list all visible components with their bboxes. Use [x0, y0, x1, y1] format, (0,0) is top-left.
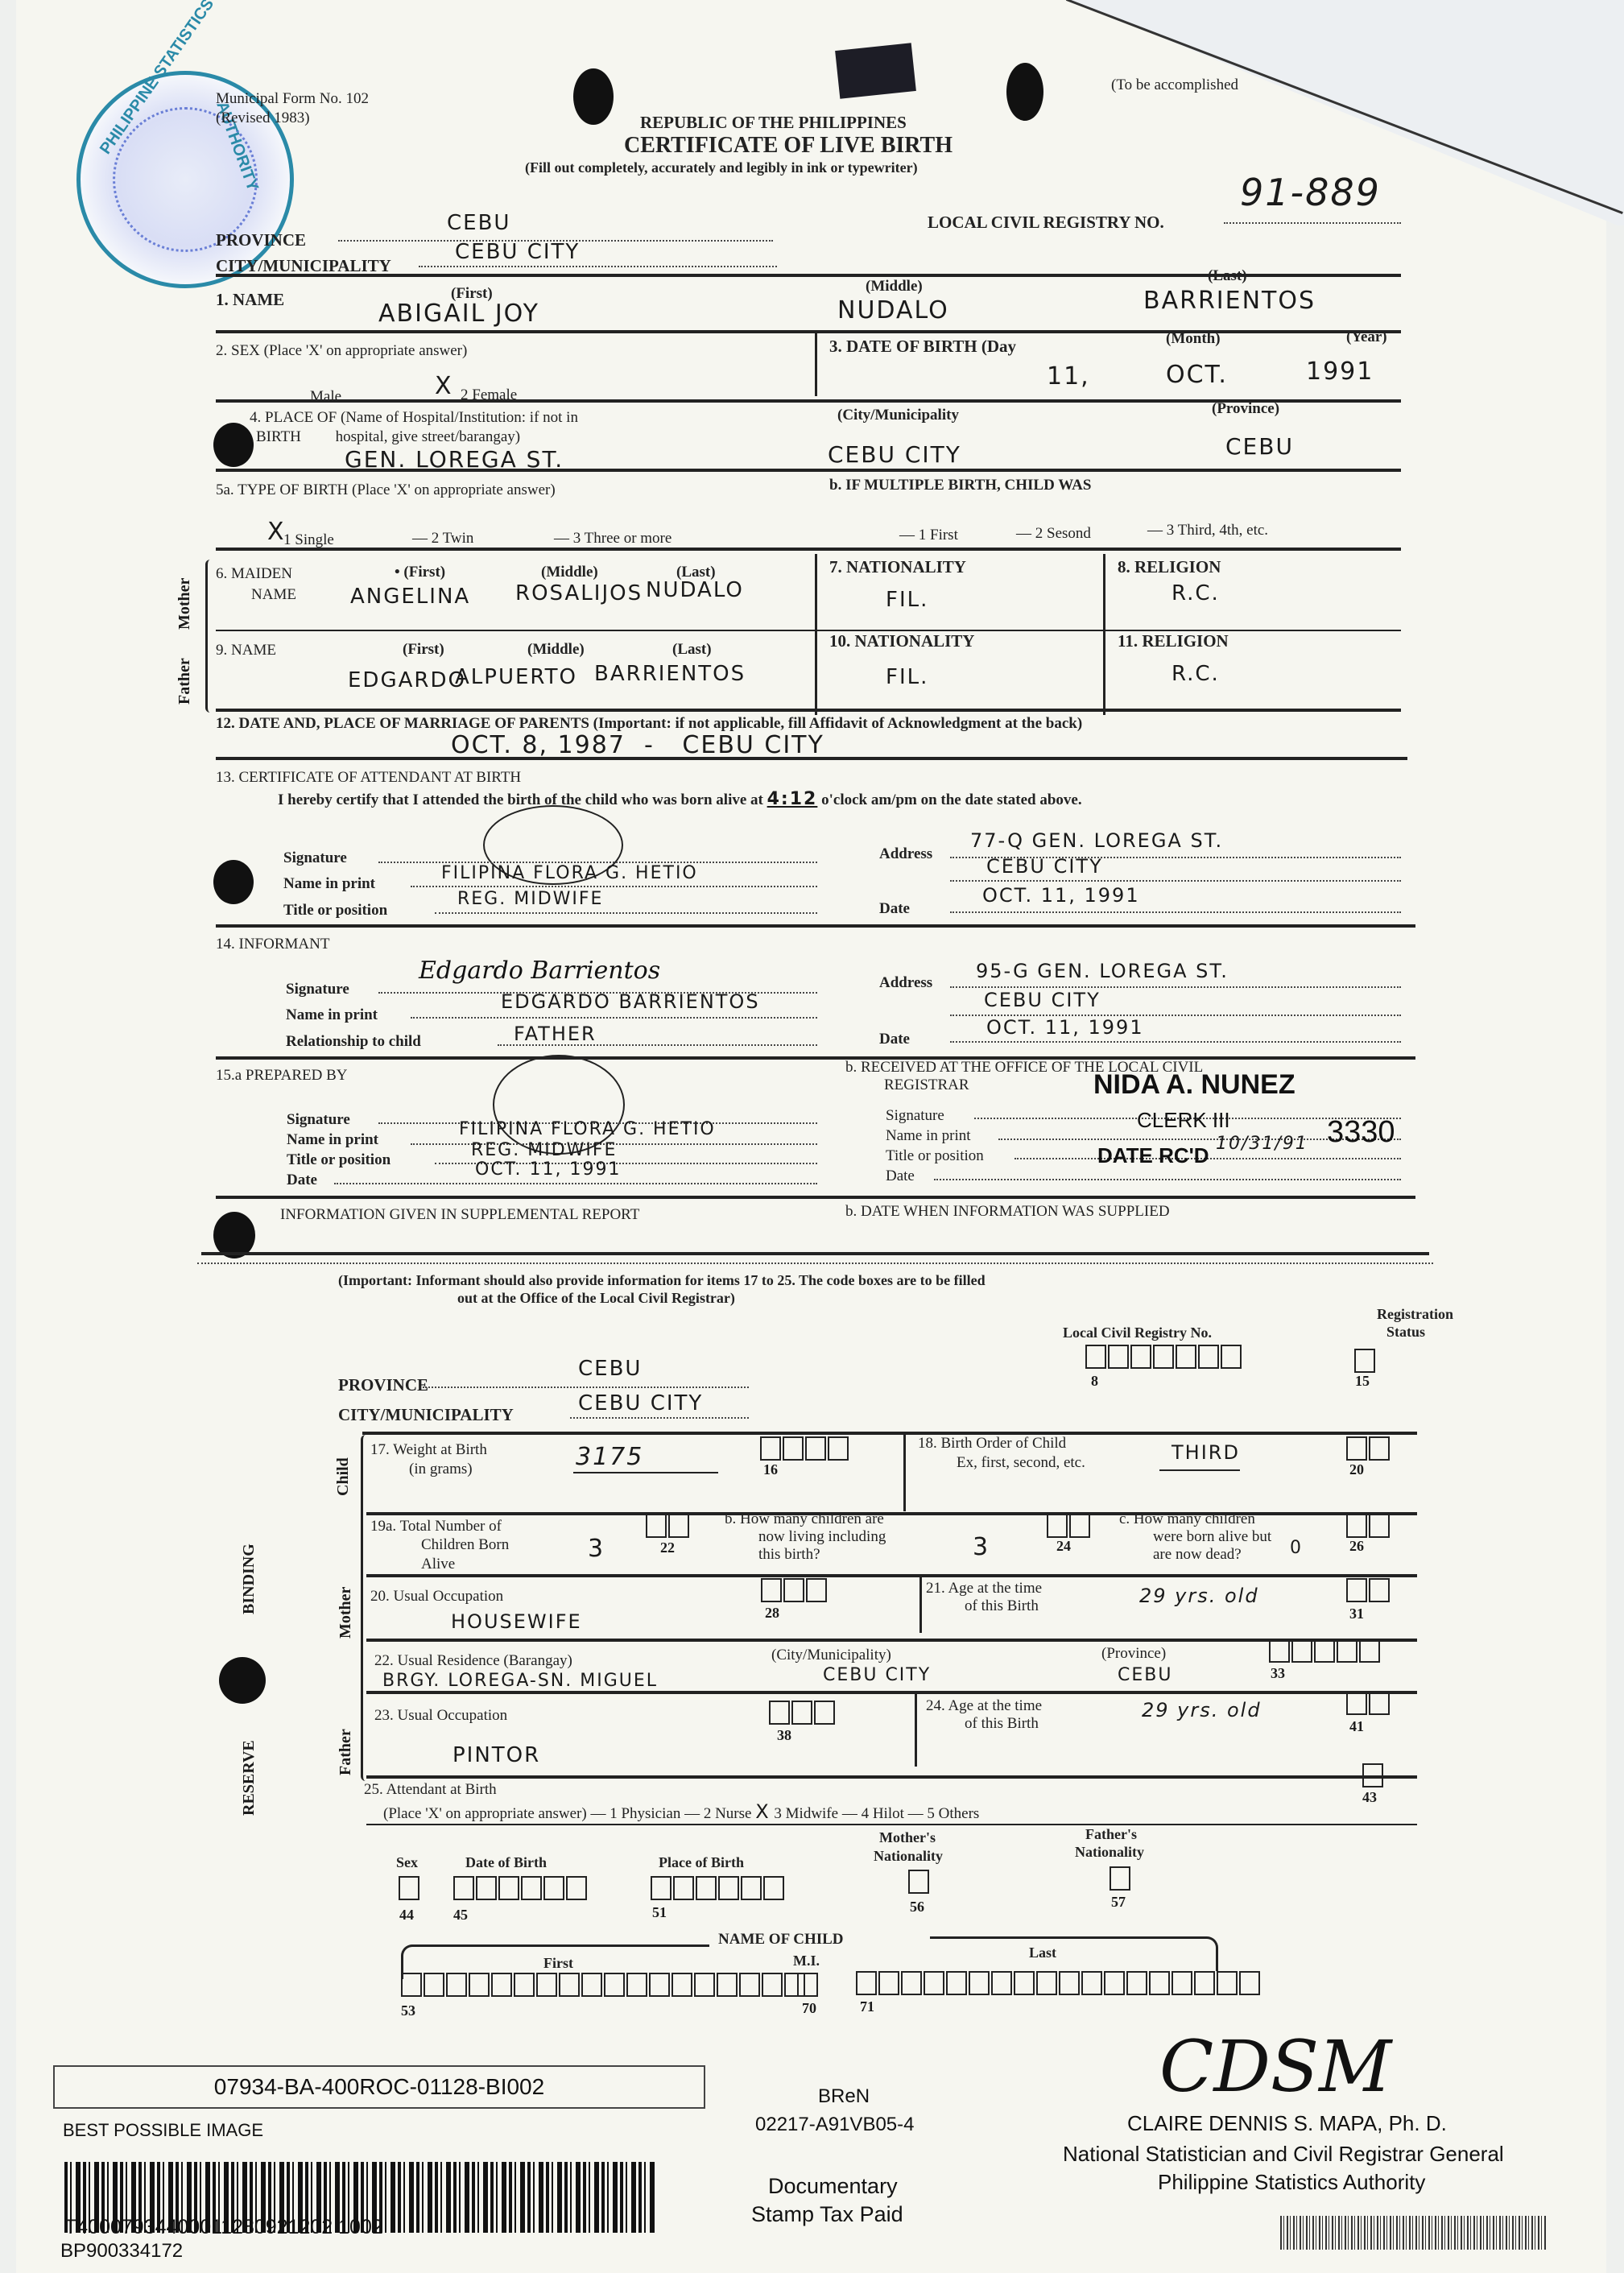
divider — [366, 1775, 1417, 1779]
birth-time[interactable]: 4:12 — [767, 789, 818, 809]
mother-side-label: Mother — [176, 578, 194, 630]
divider — [903, 1435, 906, 1511]
father-last-name[interactable]: BARRIENTOS — [594, 662, 746, 686]
code-fnat-label: Father's — [1085, 1826, 1137, 1843]
father-occupation-code-boxes[interactable] — [769, 1701, 837, 1725]
mother-religion-label: 8. RELIGION — [1118, 557, 1221, 577]
informant-label: 14. INFORMANT — [216, 936, 329, 953]
pob-city-label: (City/Municipality — [837, 407, 959, 424]
mother-age[interactable]: 29 yrs. old — [1139, 1585, 1259, 1607]
type-twin-option[interactable]: — 2 Twin — [412, 530, 473, 548]
stamp-tax-2: Stamp Tax Paid — [751, 2202, 903, 2227]
attendant-place-x: (Place 'X' on appropriate answer) — [383, 1805, 587, 1822]
mi-code-box[interactable] — [797, 1973, 820, 1997]
prepared-signature-label: Signature — [287, 1111, 350, 1129]
attendant-name-label: Name in print — [283, 875, 375, 893]
child-first-name[interactable]: ABIGAIL JOY — [378, 300, 539, 328]
informant-date-label: Date — [879, 1031, 910, 1048]
birth-order-label: 18. Birth Order of Child — [918, 1435, 1066, 1453]
name-mi-label: M.I. — [793, 1953, 820, 1969]
dead-code-boxes[interactable] — [1346, 1514, 1391, 1538]
pob-code-boxes[interactable] — [651, 1876, 786, 1900]
child-middle-name[interactable]: NUDALO — [837, 296, 949, 324]
residence-province[interactable]: CEBU — [1118, 1665, 1172, 1685]
prepared-title[interactable]: REG. MIDWIFE — [471, 1140, 617, 1160]
father-age-label-2: of this Birth — [965, 1715, 1039, 1733]
punch-hole — [213, 860, 254, 904]
prepared-date-label: Date — [287, 1172, 317, 1189]
pob-province-label: (Province) — [1212, 400, 1279, 418]
code-31: 31 — [1349, 1606, 1364, 1622]
mother-age-label: 21. Age at the time — [926, 1580, 1042, 1597]
child-name-label: 1. NAME — [216, 290, 284, 310]
birth-order-label-2: Ex, first, second, etc. — [957, 1454, 1085, 1472]
prepared-date-line — [334, 1183, 817, 1184]
mother-religion[interactable]: R.C. — [1172, 581, 1220, 605]
important-note-2: out at the Office of the Local Civil Reg… — [457, 1290, 735, 1307]
barcode-text: T40007934400011280921202 1002 — [64, 2216, 383, 2239]
stat-city-value[interactable]: CEBU CITY — [578, 1391, 703, 1415]
city-line — [419, 266, 777, 267]
parents-brace — [205, 560, 216, 713]
divider — [201, 1252, 1429, 1255]
total-born-label-2: Children Born — [421, 1536, 509, 1554]
divider — [815, 554, 817, 715]
informant-name-line — [411, 1017, 817, 1019]
total-born-value[interactable]: 3 — [588, 1535, 605, 1563]
stat-city-label: CITY/MUNICIPALITY — [338, 1405, 514, 1425]
prepared-title-label: Title or position — [287, 1151, 391, 1169]
pob-label-2: BIRTH hospital, give street/barangay) — [256, 428, 520, 446]
dead-label-2: were born alive but — [1153, 1528, 1271, 1546]
divider — [216, 709, 1401, 712]
mother-middle-label: (Middle) — [541, 564, 598, 581]
weight-label-2: (in grams) — [409, 1461, 473, 1478]
code-71: 71 — [860, 1998, 874, 2015]
stat-province-value[interactable]: CEBU — [578, 1357, 642, 1381]
code-38: 38 — [777, 1727, 791, 1744]
mother-middle-name[interactable]: ROSALIJOS — [515, 581, 643, 605]
province-value[interactable]: CEBU — [447, 211, 510, 235]
code-15: 15 — [1355, 1373, 1370, 1390]
code-53: 53 — [401, 2002, 415, 2019]
pob-city[interactable]: CEBU CITY — [828, 441, 961, 468]
lcr-no-label: Local Civil Registry No. — [1063, 1325, 1212, 1341]
security-barcode — [1280, 2216, 1546, 2250]
punch-hole — [573, 68, 614, 125]
code-44: 44 — [399, 1907, 414, 1924]
attendant-statement: I hereby certify that I attended the bir… — [278, 789, 1082, 809]
mother-nationality[interactable]: FIL. — [886, 588, 928, 612]
divider — [216, 1196, 1415, 1199]
mother-occupation[interactable]: HOUSEWIFE — [451, 1610, 582, 1633]
attendant-label: 13. CERTIFICATE OF ATTENDANT AT BIRTH — [216, 769, 521, 787]
mother-age-code-boxes[interactable] — [1346, 1578, 1391, 1602]
code-dob-label: Date of Birth — [465, 1854, 547, 1871]
divider — [216, 548, 1401, 551]
signatory-org: Philippine Statistics Authority — [1158, 2170, 1425, 2195]
informant-date-line — [950, 1041, 1401, 1043]
reference-box: 07934-BA-400ROC-01128-BI002 — [53, 2065, 705, 2109]
prepared-name[interactable]: FILIPINA FLORA G. HETIO — [459, 1119, 716, 1139]
divider — [919, 1577, 922, 1633]
dob-label: 3. DATE OF BIRTH (Day — [829, 337, 1016, 357]
received-title-label: Title or position — [886, 1147, 984, 1165]
position-stamp: CLERK III — [1137, 1108, 1230, 1133]
sex-label: 2. SEX (Place 'X' on appropriate answer) — [216, 342, 467, 360]
code-33: 33 — [1271, 1665, 1285, 1682]
marriage-value[interactable]: OCT. 8, 1987 - CEBU CITY — [451, 731, 824, 759]
father-occupation-label: 23. Usual Occupation — [374, 1707, 507, 1725]
father-middle-name[interactable]: ALPUERTO — [455, 665, 577, 689]
divider — [216, 757, 1407, 760]
divider — [366, 1824, 1417, 1825]
city-value[interactable]: CEBU CITY — [455, 240, 580, 264]
name-last-label: Last — [1029, 1944, 1056, 1961]
received-label-2: REGISTRAR — [884, 1077, 969, 1094]
fill-instruction: (Fill out completely, accurately and leg… — [525, 159, 918, 176]
attendant-statement-pre: I hereby certify that I attended the bir… — [278, 791, 763, 808]
attendant-statement-post: o'clock am/pm on the date stated above. — [821, 791, 1082, 808]
lcr-label: LOCAL CIVIL REGISTRY NO. — [928, 213, 1164, 233]
residence-barangay[interactable]: BRGY. LOREGA-SN. MIGUEL — [382, 1671, 658, 1691]
sex-code-box[interactable] — [399, 1876, 421, 1900]
attendant-at-birth-label-2: (Place 'X' on appropriate answer) — 1 Ph… — [383, 1800, 979, 1823]
fnat-code-box[interactable] — [1110, 1866, 1132, 1891]
dead-label-3: are now dead? — [1153, 1546, 1242, 1564]
attendant-title-line — [435, 912, 817, 914]
code-57: 57 — [1111, 1894, 1126, 1911]
attendant-name[interactable]: FILIPINA FLORA G. HETIO — [441, 863, 698, 883]
informant-address-1[interactable]: 95-G GEN. LOREGA ST. — [976, 960, 1229, 982]
father-stat-side-label: Father — [337, 1729, 355, 1775]
maiden-name-label: NAME — [251, 586, 296, 604]
registrar-general-signature: CDSM — [1159, 2025, 1391, 2108]
divider — [216, 1056, 1415, 1060]
number-stamp: 3330 — [1327, 1115, 1395, 1150]
mnat-code-box[interactable] — [908, 1870, 931, 1894]
stat-province-line — [423, 1387, 749, 1388]
reg-status-label: Registration — [1377, 1306, 1453, 1323]
multiple-birth-label: b. IF MULTIPLE BIRTH, CHILD WAS — [829, 477, 1091, 494]
reserve-label: RESERVE — [240, 1740, 258, 1816]
code-20: 20 — [1349, 1461, 1364, 1478]
name-first-label: First — [543, 1955, 573, 1972]
dob-month-label: (Month) — [1166, 330, 1221, 348]
father-side-label: Father — [176, 658, 194, 705]
signatory-name: CLAIRE DENNIS S. MAPA, Ph. D. — [1127, 2111, 1447, 2136]
pob-province[interactable]: CEBU — [1225, 433, 1294, 460]
divider — [915, 1694, 917, 1767]
dead-value[interactable]: 0 — [1290, 1538, 1303, 1558]
total-born-label-3: Alive — [421, 1556, 455, 1573]
birth-order-underline — [1159, 1469, 1240, 1471]
total-born-code-boxes[interactable] — [646, 1514, 691, 1538]
father-age-label: 24. Age at the time — [926, 1697, 1042, 1715]
attendant-date[interactable]: OCT. 11, 1991 — [982, 884, 1140, 907]
informant-signature: Edgardo Barrientos — [419, 957, 660, 985]
pob-label: 4. PLACE OF (Name of Hospital/Institutio… — [250, 409, 578, 427]
father-age[interactable]: 29 yrs. old — [1142, 1699, 1262, 1721]
father-nationality-label: 10. NATIONALITY — [829, 631, 974, 651]
supplemental-label: INFORMATION GIVEN IN SUPPLEMENTAL REPORT — [280, 1206, 639, 1224]
mother-age-label-2: of this Birth — [965, 1597, 1039, 1615]
punch-hole — [1006, 63, 1043, 121]
father-religion-label: 11. RELIGION — [1118, 631, 1229, 651]
father-nationality[interactable]: FIL. — [886, 665, 928, 689]
weight-underline — [573, 1472, 718, 1473]
middle-label: (Middle) — [866, 278, 923, 295]
received-date-line — [934, 1179, 1401, 1180]
weight-code-boxes[interactable] — [760, 1436, 850, 1461]
mother-last-name[interactable]: NUDALO — [646, 578, 744, 602]
living-label: b. How many children are — [725, 1511, 884, 1528]
mother-stat-side-label: Mother — [337, 1587, 355, 1639]
document-title: CERTIFICATE OF LIVE BIRTH — [624, 133, 952, 159]
father-name-label: 9. NAME — [216, 642, 276, 659]
sex-male-option[interactable]: Male — [310, 388, 341, 406]
father-first-name[interactable]: EDGARDO — [348, 668, 466, 692]
code-56: 56 — [910, 1899, 924, 1916]
bren-number: 02217-A91VB05-4 — [755, 2114, 914, 2136]
mult-third-option[interactable]: — 3 Third, 4th, etc. — [1147, 522, 1268, 539]
republic-heading: REPUBLIC OF THE PHILIPPINES — [640, 113, 907, 133]
code-51: 51 — [652, 1904, 667, 1921]
received-date-label: Date — [886, 1167, 915, 1185]
attendant-title-label: Title or position — [283, 902, 387, 920]
punch-hole — [213, 423, 254, 467]
attendant-code-box[interactable] — [1362, 1763, 1385, 1787]
attendant-at-birth-label: 25. Attendant at Birth — [364, 1781, 497, 1799]
tear-line — [197, 1263, 1433, 1264]
first-name-code-boxes[interactable] — [401, 1973, 807, 1997]
mother-occupation-code-boxes[interactable] — [761, 1578, 829, 1602]
mother-first-name[interactable]: ANGELINA — [350, 585, 470, 609]
residence-code-boxes[interactable] — [1269, 1639, 1382, 1663]
lcr-value[interactable]: 91-889 — [1240, 171, 1381, 214]
dob-year[interactable]: 1991 — [1306, 357, 1374, 386]
attendant-title[interactable]: REG. MIDWIFE — [457, 889, 603, 909]
received-signature-label: Signature — [886, 1107, 944, 1125]
divider — [216, 924, 1415, 928]
divider — [815, 332, 817, 396]
stamp-tax-1: Documentary — [768, 2174, 898, 2199]
father-first-label: (First) — [403, 641, 444, 659]
type-single-option[interactable]: 1 Single — [283, 531, 334, 549]
mother-first-label: • (First) — [395, 564, 445, 581]
form-revised: (Revised 1983) — [216, 110, 310, 127]
attendant-address-label: Address — [879, 845, 932, 863]
code-mnat-label: Mother's — [879, 1829, 936, 1846]
code-sex-label: Sex — [396, 1854, 418, 1871]
code-mnat-label-2: Nationality — [874, 1848, 943, 1865]
informant-address-label: Address — [879, 974, 932, 992]
child-last-name[interactable]: BARRIENTOS — [1143, 287, 1316, 315]
informant-date[interactable]: OCT. 11, 1991 — [986, 1016, 1144, 1039]
informant-address-2[interactable]: CEBU CITY — [984, 989, 1101, 1011]
received-name-label: Name in print — [886, 1127, 971, 1145]
attendant-signature-label: Signature — [283, 849, 347, 867]
form-number: Municipal Form No. 102 — [216, 90, 369, 108]
divider — [366, 1691, 1417, 1694]
date-received-label: DATE RC'D — [1097, 1143, 1209, 1168]
divider — [1103, 554, 1105, 715]
code-43: 43 — [1362, 1789, 1377, 1806]
total-born-label: 19a. Total Number of — [370, 1518, 502, 1535]
living-value[interactable]: 3 — [973, 1533, 990, 1561]
residence-city-label: (City/Municipality) — [771, 1647, 891, 1664]
sex-female-mark[interactable]: X — [435, 372, 453, 400]
divider — [216, 469, 1401, 472]
last-name-code-boxes[interactable] — [856, 1971, 1262, 1995]
father-last-label: (Last) — [672, 641, 712, 659]
marriage-label: 12. DATE AND, PLACE OF MARRIAGE OF PAREN… — [216, 715, 1082, 733]
dob-code-boxes[interactable] — [453, 1876, 589, 1900]
attendant-options-2[interactable]: 3 Midwife — 4 Hilot — 5 Others — [774, 1805, 979, 1822]
name-of-child-label: NAME OF CHILD — [718, 1931, 844, 1949]
divider — [366, 1574, 1417, 1577]
stat-brace — [361, 1435, 371, 1781]
tape-mark — [835, 43, 916, 99]
code-fnat-label-2: Nationality — [1075, 1844, 1144, 1861]
father-religion[interactable]: R.C. — [1172, 662, 1220, 686]
dob-month[interactable]: OCT. — [1166, 361, 1228, 389]
code-70: 70 — [802, 2000, 816, 2017]
bren-label: BReN — [818, 2085, 870, 2108]
code-22: 22 — [660, 1539, 675, 1556]
last-label: (Last) — [1208, 267, 1247, 285]
code-pob-label: Place of Birth — [659, 1854, 744, 1871]
birth-order-value[interactable]: THIRD — [1172, 1441, 1240, 1464]
informant-name[interactable]: EDGARDO BARRIENTOS — [501, 990, 760, 1013]
prepared-label: 15.a PREPARED BY — [216, 1067, 347, 1085]
informant-name-label: Name in print — [286, 1006, 378, 1024]
attendant-address-1[interactable]: 77-Q GEN. LOREGA ST. — [970, 829, 1223, 852]
attendant-address-2[interactable]: CEBU CITY — [986, 855, 1103, 878]
attendant-date-label: Date — [879, 900, 910, 918]
lcr-code-boxes[interactable] — [1085, 1345, 1243, 1369]
father-age-code-boxes[interactable] — [1346, 1691, 1391, 1715]
child-side-label: Child — [334, 1457, 353, 1496]
attendant-address-line-2 — [950, 880, 1401, 882]
residence-province-label: (Province) — [1101, 1645, 1166, 1663]
prepared-date[interactable]: OCT. 11, 1991 — [475, 1159, 621, 1180]
living-code-boxes[interactable] — [1047, 1514, 1092, 1538]
best-image-label: BEST POSSIBLE IMAGE — [63, 2120, 263, 2141]
maiden-label: 6. MAIDEN — [216, 565, 292, 583]
binding-label: BINDING — [240, 1544, 258, 1614]
informant-signature-label: Signature — [286, 981, 349, 998]
stat-province-label: PROVINCE — [338, 1375, 428, 1395]
code-28: 28 — [765, 1605, 779, 1622]
date-received[interactable]: 10/31/91 — [1216, 1134, 1308, 1154]
punch-hole — [219, 1657, 266, 1704]
prepared-name-label: Name in print — [287, 1131, 378, 1149]
to-be-accomplished: (To be accomplished — [1111, 76, 1238, 94]
birth-order-code-boxes[interactable] — [1346, 1436, 1391, 1461]
father-middle-label: (Middle) — [527, 641, 585, 659]
divider — [366, 1512, 1417, 1515]
mother-occupation-label: 20. Usual Occupation — [370, 1588, 503, 1606]
reg-status-label-2: Status — [1386, 1324, 1425, 1341]
bp-number: BP900334172 — [60, 2240, 183, 2263]
residence-city[interactable]: CEBU CITY — [823, 1665, 931, 1685]
attendant-date-line — [950, 911, 1401, 913]
signatory-title: National Statistician and Civil Registra… — [1063, 2142, 1504, 2167]
province-label: PROVINCE — [216, 230, 306, 250]
code-16: 16 — [763, 1461, 778, 1478]
informant-relationship[interactable]: FATHER — [514, 1023, 597, 1045]
mother-nationality-label: 7. NATIONALITY — [829, 557, 966, 577]
attendant-mark[interactable]: X — [755, 1800, 770, 1823]
divider — [362, 1432, 1417, 1435]
important-note: (Important: Informant should also provid… — [338, 1272, 986, 1289]
mult-second-option[interactable]: — 2 Sesond — [1016, 525, 1091, 543]
weight-label: 17. Weight at Birth — [370, 1441, 487, 1459]
reg-status-box[interactable] — [1354, 1349, 1377, 1373]
code-24: 24 — [1056, 1538, 1071, 1555]
informant-relationship-label: Relationship to child — [286, 1033, 421, 1051]
code-41: 41 — [1349, 1718, 1364, 1735]
living-label-2: now living including — [758, 1528, 886, 1546]
attendant-name-line — [411, 886, 817, 887]
dead-label: c. How many children — [1119, 1511, 1255, 1528]
mult-first-option[interactable]: — 1 First — [899, 527, 958, 544]
father-occupation[interactable]: PINTOR — [452, 1743, 540, 1767]
weight-value[interactable]: 3175 — [576, 1443, 643, 1471]
stat-city-line — [570, 1417, 749, 1419]
divider — [216, 330, 1401, 333]
dob-year-label: (Year) — [1346, 329, 1387, 346]
supplemental-date-label: b. DATE WHEN INFORMATION WAS SUPPLIED — [845, 1203, 1170, 1221]
name-bracket-right — [930, 1936, 1218, 1971]
dob-day[interactable]: 11, — [1047, 362, 1090, 391]
type-three-option[interactable]: — 3 Three or more — [554, 530, 672, 548]
code-26: 26 — [1349, 1538, 1364, 1555]
code-45: 45 — [453, 1907, 468, 1924]
residence-label: 22. Usual Residence (Barangay) — [374, 1652, 572, 1670]
code-8: 8 — [1091, 1373, 1098, 1390]
lcr-line — [1224, 222, 1401, 224]
type-of-birth-label: 5a. TYPE OF BIRTH (Place 'X' on appropri… — [216, 481, 556, 499]
divider — [366, 1639, 1417, 1642]
registrar-stamp: NIDA A. NUNEZ — [1093, 1069, 1295, 1101]
living-label-3: this birth? — [758, 1546, 820, 1564]
informant-address-line — [950, 986, 1401, 988]
attendant-options[interactable]: — 1 Physician — 2 Nurse — [590, 1805, 751, 1822]
